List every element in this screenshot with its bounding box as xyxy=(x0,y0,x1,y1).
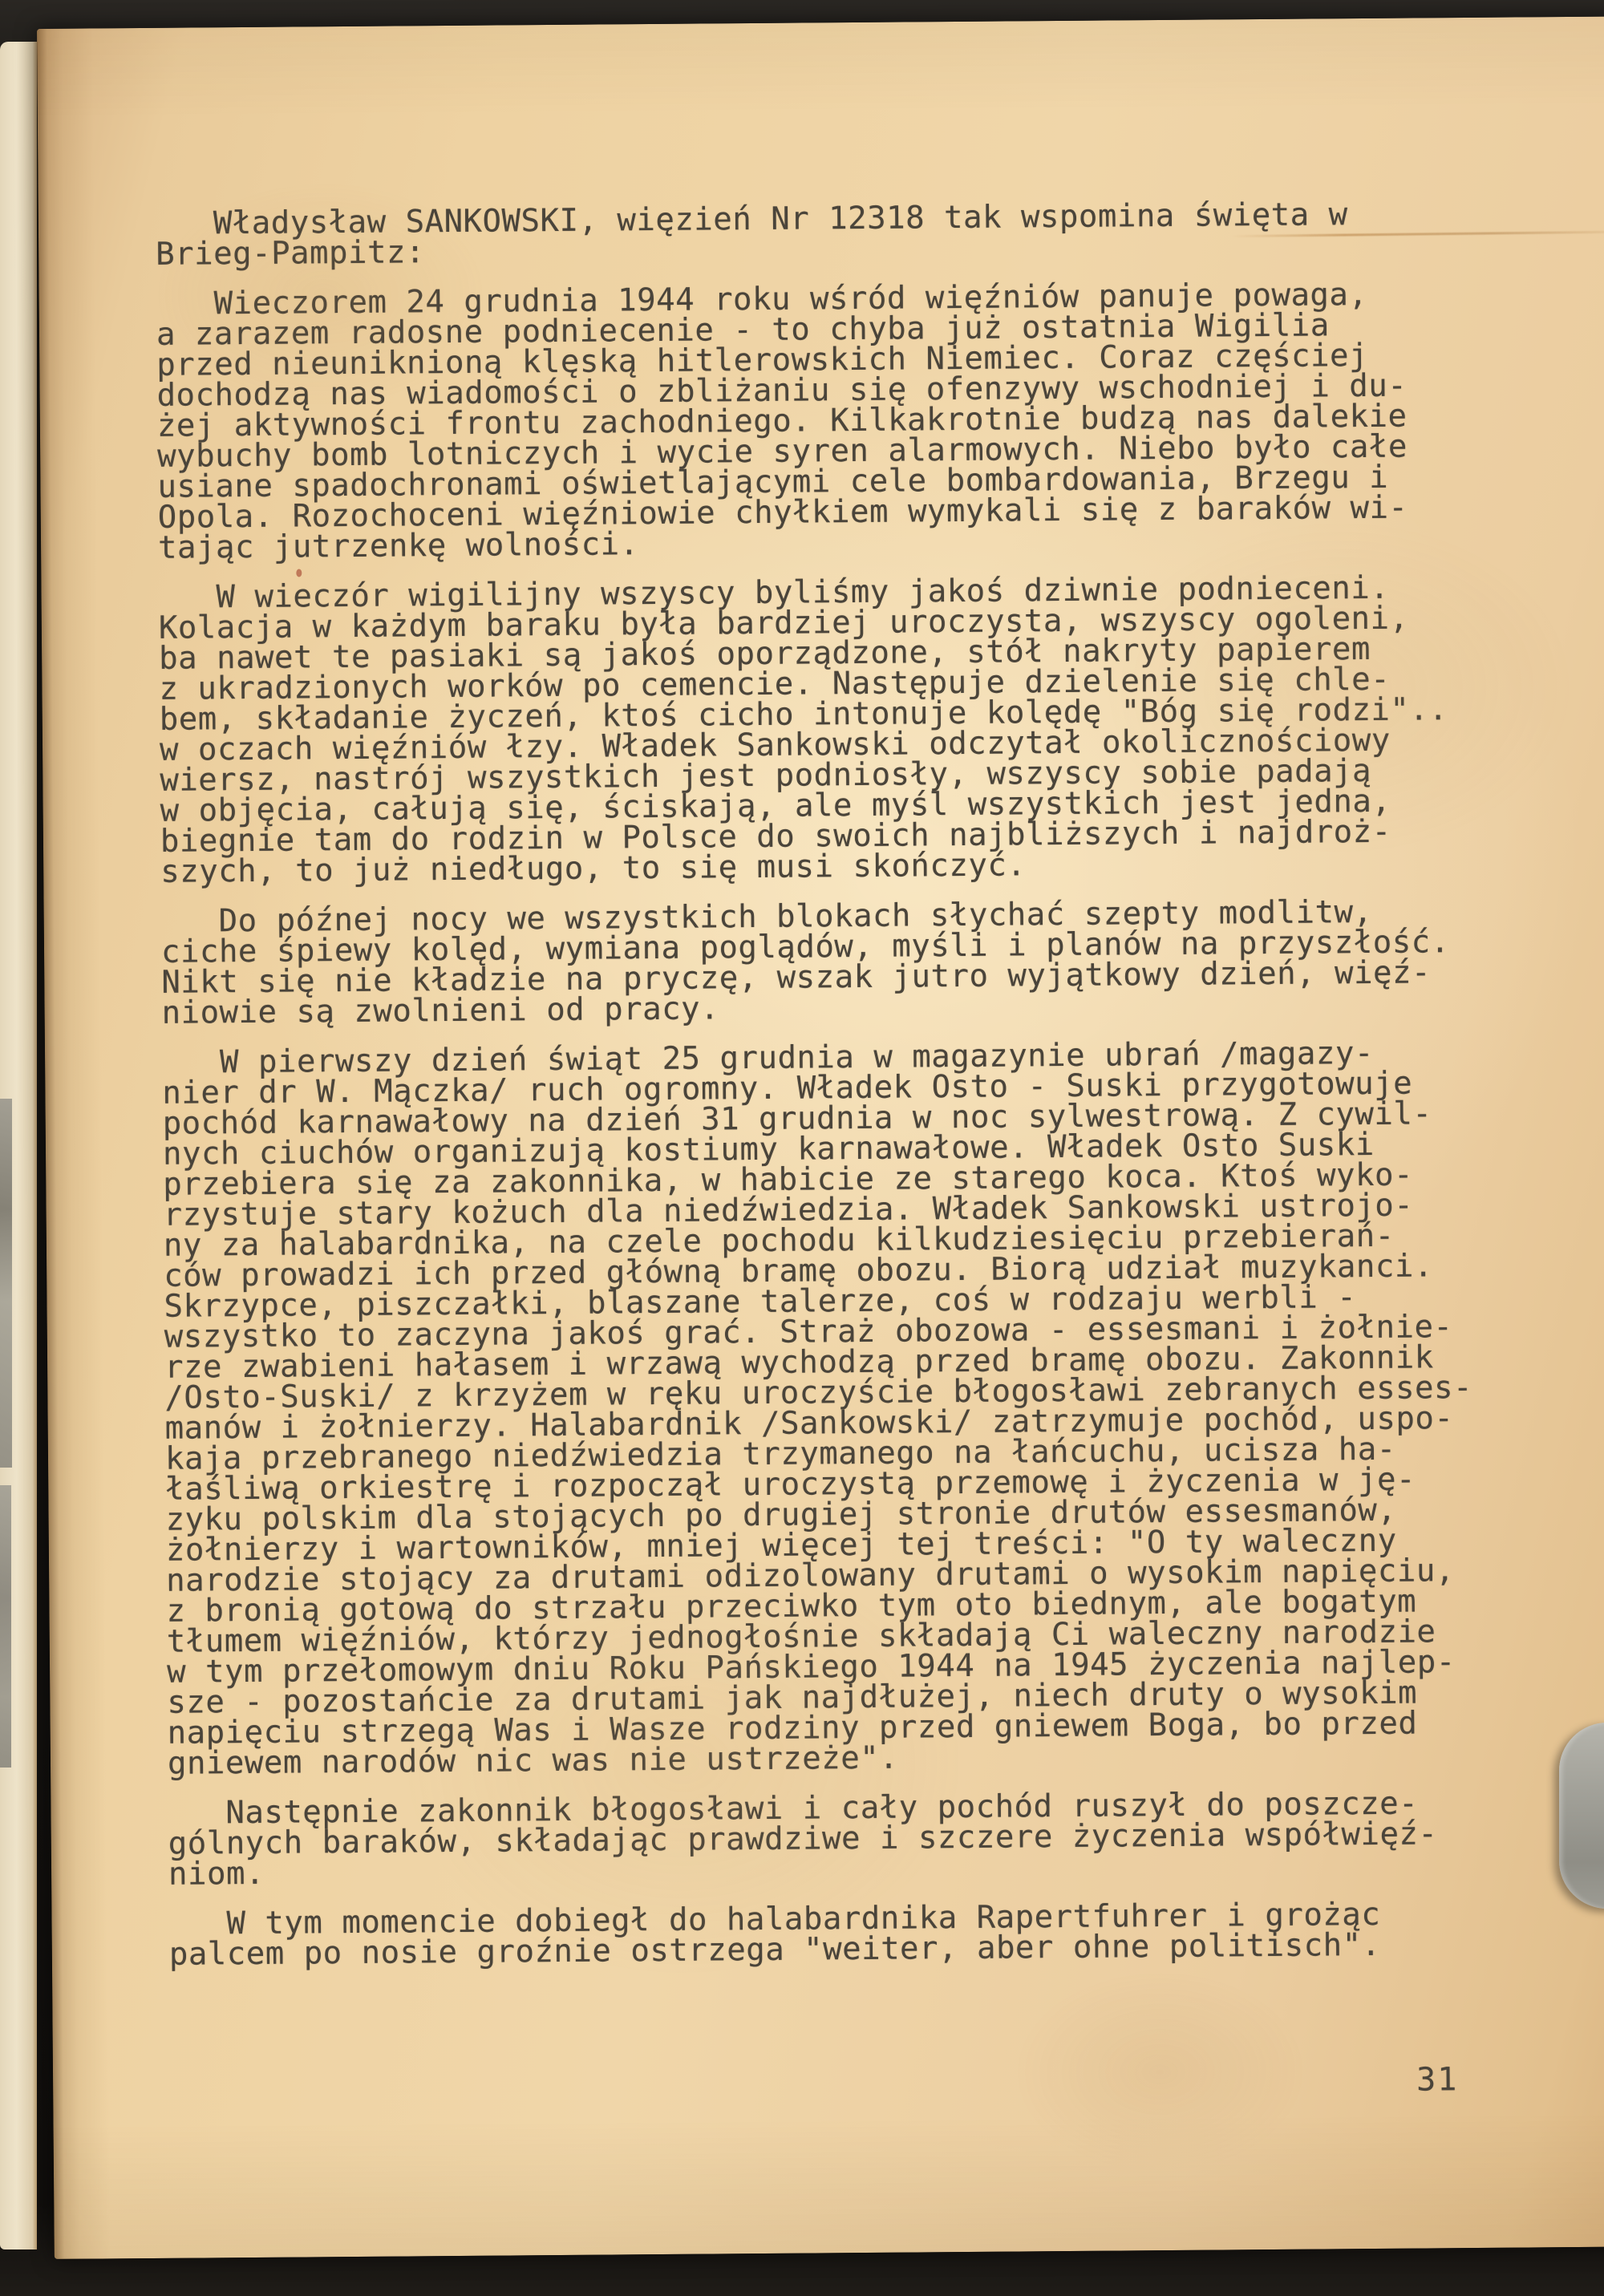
paragraph: W pierwszy dzień świąt 25 grudnia w maga… xyxy=(162,1037,1584,1780)
text-column: Władysław SANKOWSKI, więzień Nr 12318 ta… xyxy=(156,198,1586,1970)
paragraph: Władysław SANKOWSKI, więzień Nr 12318 ta… xyxy=(156,198,1573,270)
paragraph: Do późnej nocy we wszystkich blokach sły… xyxy=(161,896,1578,1029)
paragraph: Następnie zakonnik błogosławi i cały poc… xyxy=(168,1788,1585,1890)
paragraph: W tym momencie dobiegł do halabardnika R… xyxy=(168,1898,1586,1970)
book-page: Władysław SANKOWSKI, więzień Nr 12318 ta… xyxy=(37,17,1604,2259)
page-number: 31 xyxy=(1416,2061,1459,2098)
text-line: szych, to już niedługo, to się musi skoń… xyxy=(160,846,1577,888)
scan-background: Władysław SANKOWSKI, więzień Nr 12318 ta… xyxy=(0,0,1604,2296)
previous-page-edge xyxy=(0,42,37,2249)
photo-fragment xyxy=(0,1485,11,1768)
paragraph: W wieczór wigilijny wszyscy byliśmy jako… xyxy=(158,572,1577,888)
paragraph: Wieczorem 24 grudnia 1944 roku wśród wię… xyxy=(156,278,1575,564)
text-line: palcem po nosie groźnie ostrzega "weiter… xyxy=(169,1929,1586,1970)
gutter-shadow xyxy=(37,28,111,2258)
scanner-clip xyxy=(1559,1723,1604,1909)
text-line: gniewem narodów nic was nie ustrzeże". xyxy=(168,1738,1584,1780)
photo-fragment xyxy=(0,1099,12,1468)
